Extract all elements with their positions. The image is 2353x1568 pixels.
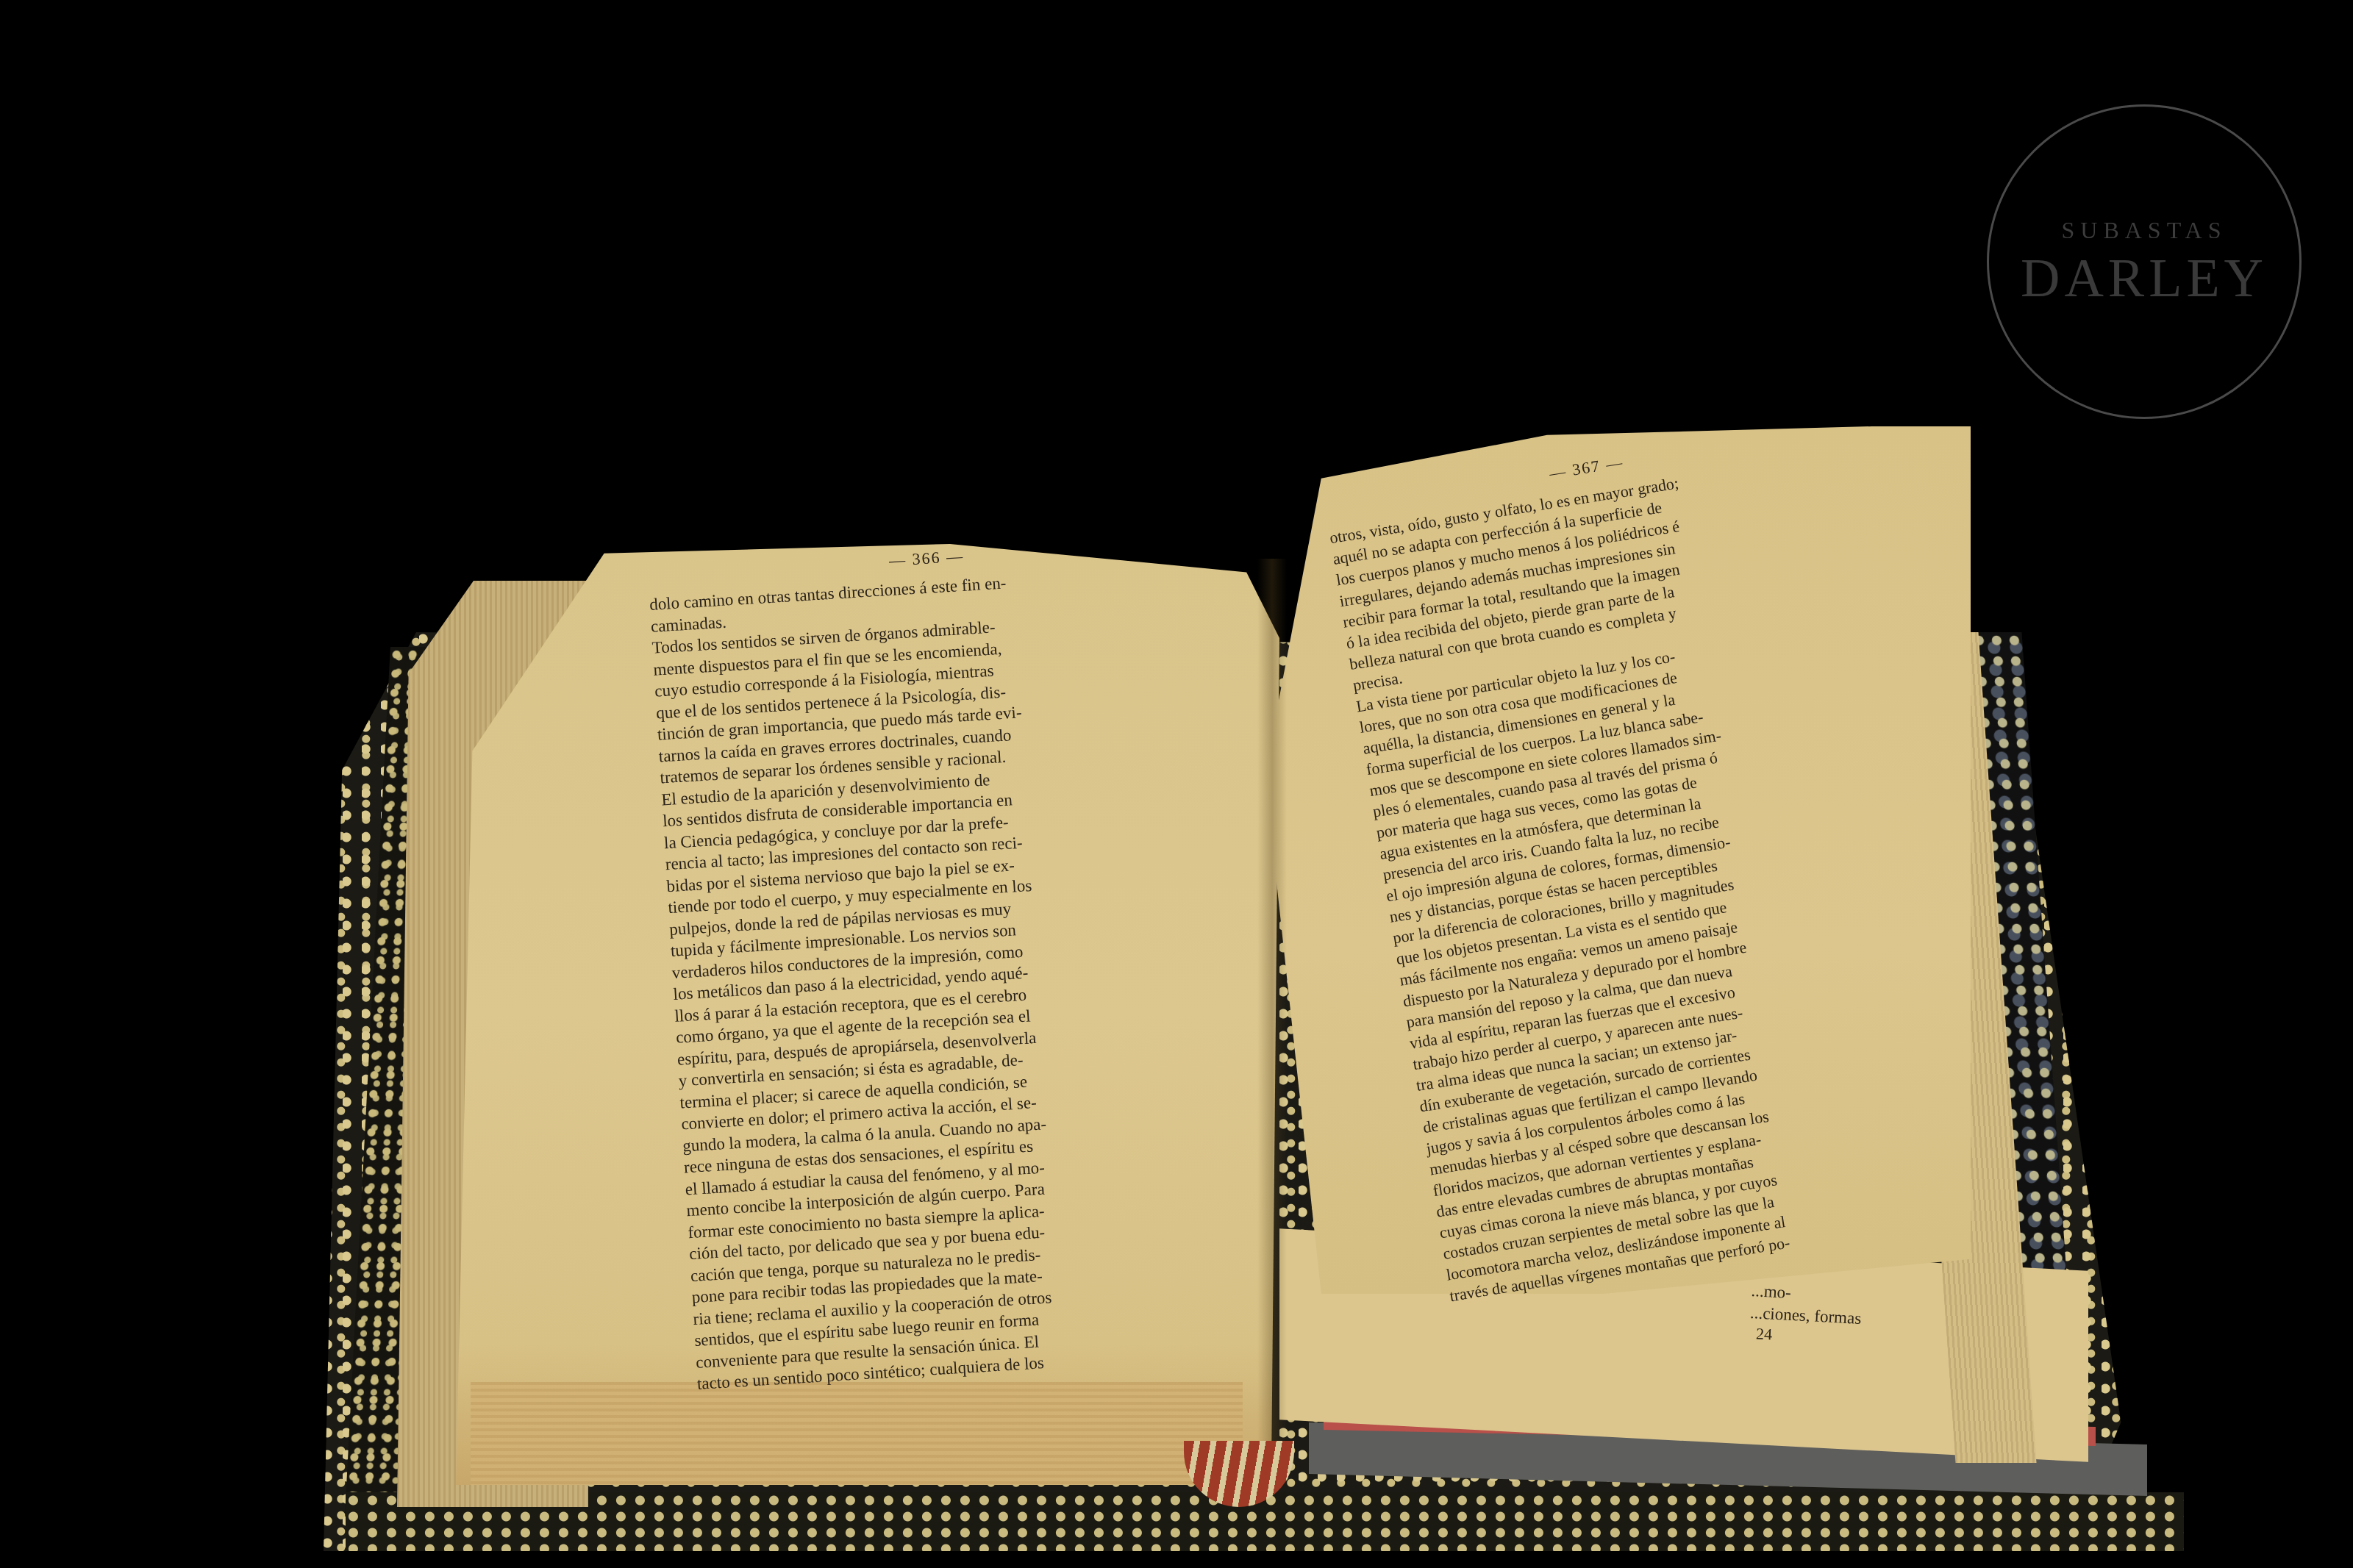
- left-page-text: — 366 — dolo camino en otras tantas dire…: [647, 532, 1256, 1395]
- watermark-top-line: SUBASTAS: [1989, 217, 2299, 244]
- left-page-bottom-edge: [471, 1382, 1243, 1485]
- photo-scene: — 366 — dolo camino en otras tantas dire…: [0, 0, 2353, 1568]
- underlying-page-text: ...mo- ...ciones, formas 24: [1749, 1280, 1863, 1350]
- auction-house-watermark: SUBASTAS DARLEY: [1987, 104, 2302, 419]
- watermark-brand-name: DARLEY: [1989, 248, 2299, 310]
- book-gutter: [1257, 559, 1287, 1441]
- marbled-board-bottom: [346, 1492, 2184, 1551]
- partial-book-right: [2265, 573, 2353, 1029]
